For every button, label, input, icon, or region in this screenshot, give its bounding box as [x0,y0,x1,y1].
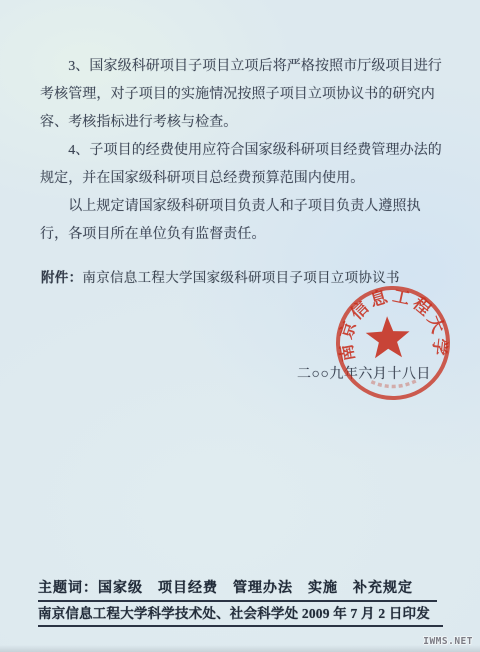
issue-date: 二○○九年六月十八日 [297,366,431,383]
closing-paragraph: 以上规定请国家级科研项目负责人和子项目负责人遵照执 行，各项目所在单位负有监督责… [40,193,462,249]
attachment-line: 附件：南京信息工程大学国家级科研项目子项目立项协议书 [41,265,461,291]
paragraph-item-4: 4、子项目的经费使用应符合国家级科研项目经费管理办法的 规定，并在国家级科研项目… [40,137,462,193]
print-issue-line: 南京信息工程大学科学技术处、社会科学处 2009 年 7 月 2 日印发 [38,606,443,627]
seal-star-icon [365,315,410,358]
paragraph-item-3: 3、国家级科研项目子项目立项后将严格按照市厅级项目进行 考核管理，对子项目的实施… [40,53,462,137]
document-body: 3、国家级科研项目子项目立项后将严格按照市厅级项目进行 考核管理，对子项目的实施… [40,53,462,249]
seal-name-text: 南京信息工程大学 [333,283,451,363]
attachment-title: 南京信息工程大学国家级科研项目子项目立项协议书 [82,270,399,285]
subject-keywords-line: 主题词：国家级 项目经费 管理办法 实施 补充规定 [38,581,437,602]
attachment-label: 附件： [41,270,82,285]
site-watermark: IWMS.NET [423,636,473,647]
scanned-document-page: 3、国家级科研项目子项目立项后将严格按照市厅级项目进行 考核管理，对子项目的实施… [0,0,480,652]
university-seal: 南京信息工程大学 [318,281,468,405]
